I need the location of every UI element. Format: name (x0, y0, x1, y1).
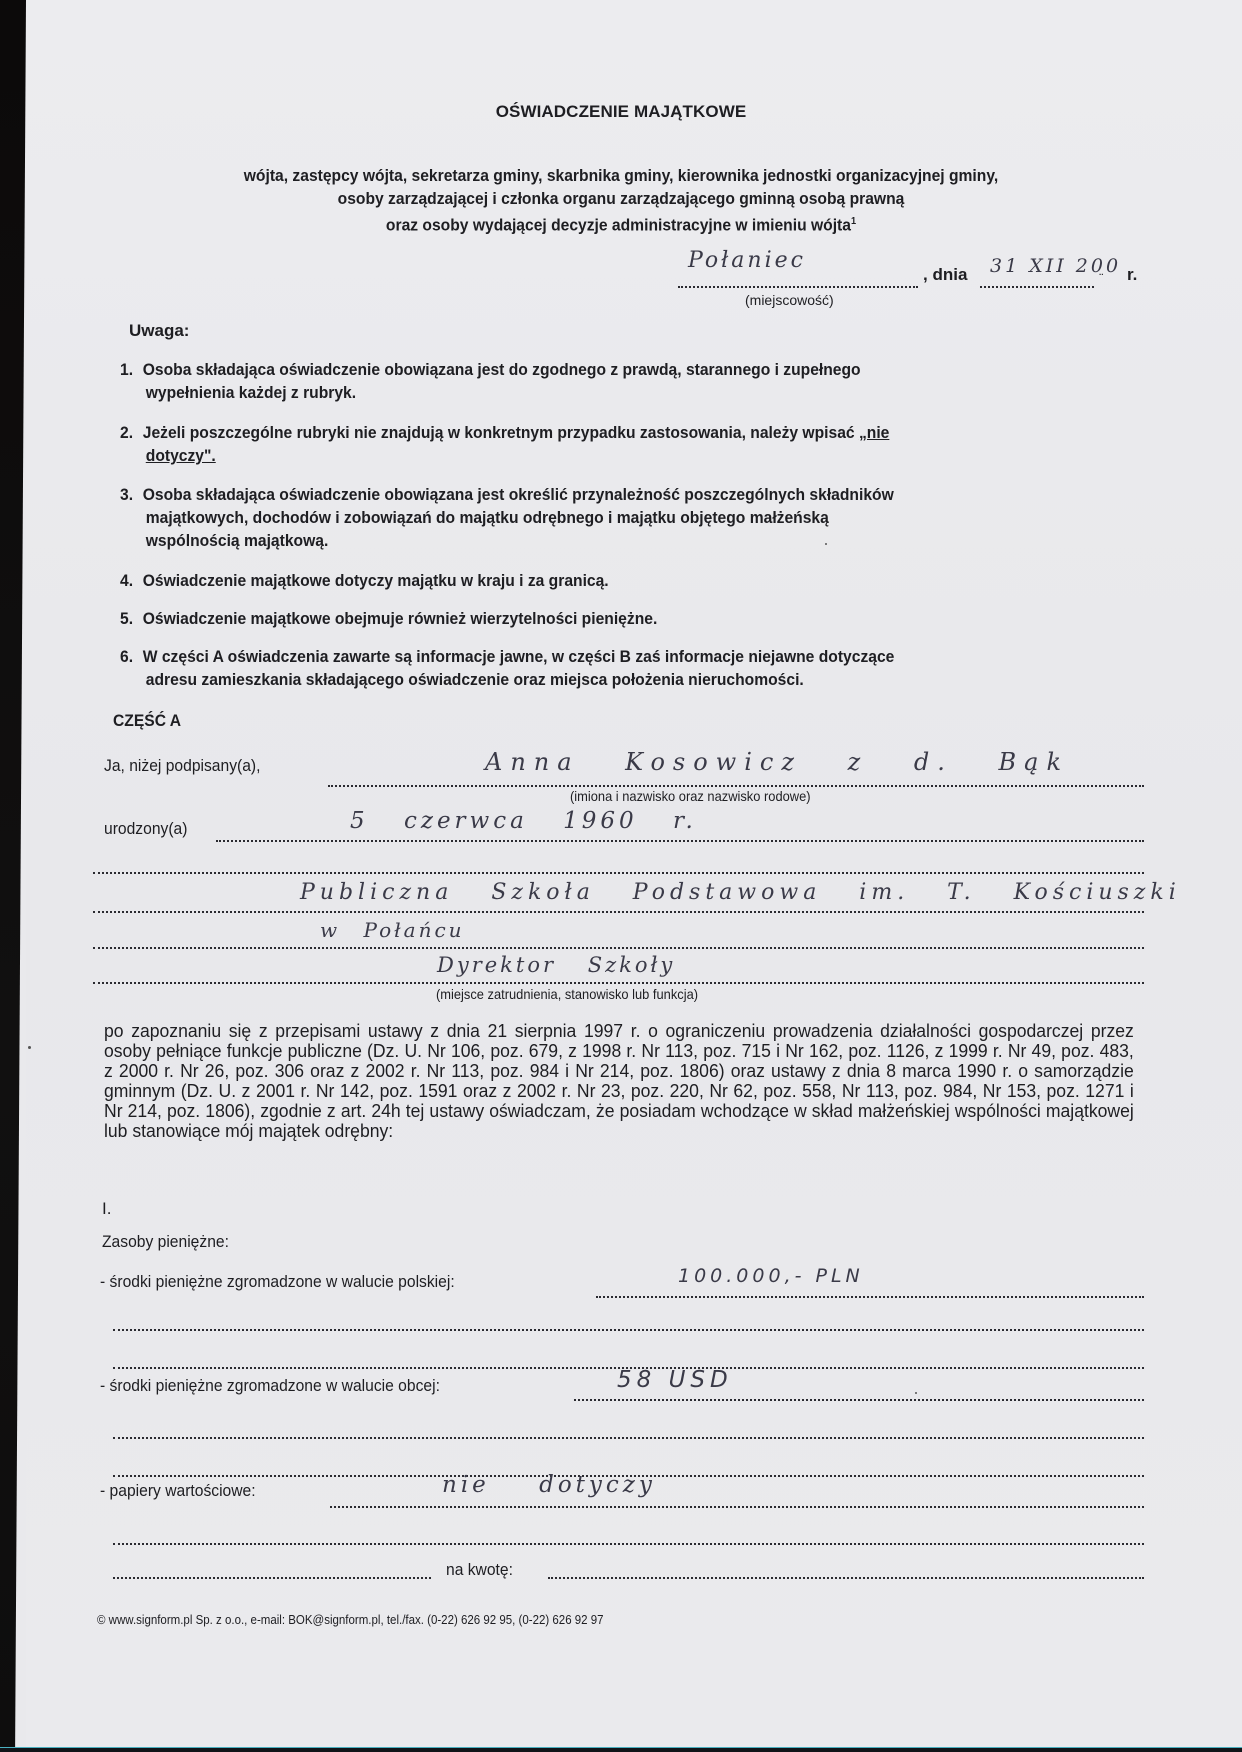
employment-value-1[interactable]: Publiczna Szkoła Podstawowa im. T. Kości… (300, 880, 1181, 905)
pln-value[interactable]: 100.000,- PLN (678, 1265, 864, 1287)
securities-label: - papiery wartościowe: (100, 1481, 256, 1501)
foreign-value[interactable]: 58 USD (617, 1367, 733, 1393)
employment-line-2 (93, 911, 1144, 913)
employment-line-3 (93, 947, 1144, 949)
amount-field-line (548, 1577, 1144, 1579)
employment-line-1 (93, 872, 1144, 874)
footnote-marker: 1 (851, 216, 856, 227)
foreign-label: - środki pieniężne zgromadzone w walucie… (100, 1376, 440, 1396)
scan-edge-left (0, 0, 26, 1752)
note-item-4: 4. Oświadczenie majątkowe dotyczy majątk… (120, 569, 609, 592)
foreign-extra-line-1 (113, 1437, 1144, 1439)
foreign-field-line (574, 1399, 1144, 1401)
note-item-1: 1. Osoba składająca oświadczenie obowiąz… (120, 358, 861, 404)
employment-value-3[interactable]: Dyrektor Szkoły (437, 953, 675, 977)
subtitle-line: wójta, zastępcy wójta, sekretarza gminy,… (50, 164, 1193, 187)
born-value[interactable]: 5 czerwca 1960 r. (350, 808, 697, 834)
place-field-line (678, 286, 918, 288)
employment-caption: (miejsce zatrudnienia, stanowisko lub fu… (436, 986, 698, 1002)
document-subtitle: wójta, zastępcy wójta, sekretarza gminy,… (50, 164, 1193, 237)
name-value[interactable]: Anna Kosowicz z d. Bąk (485, 748, 1069, 776)
section-heading: Zasoby pieniężne: (102, 1232, 229, 1252)
place-caption: (miejscowość) (745, 292, 834, 308)
note-item-6: 6. W części A oświadczenia zawarte są in… (120, 645, 894, 691)
pln-extra-line (113, 1329, 1144, 1331)
subtitle-line: osoby zarządzającej i członka organu zar… (50, 187, 1193, 210)
name-caption: (imiona i nazwisko oraz nazwisko rodowe) (570, 788, 811, 804)
scan-speck (825, 543, 827, 545)
date-dots-tail: .. (1099, 268, 1103, 277)
date-field-line (980, 286, 1094, 288)
scan-speck (28, 1046, 31, 1049)
scan-speck (915, 1392, 917, 1394)
year-suffix: r. (1127, 265, 1137, 285)
section-number: I. (102, 1199, 111, 1219)
note-item-2: 2. Jeżeli poszczególne rubryki nie znajd… (120, 421, 889, 467)
born-label: urodzony(a) (104, 819, 187, 839)
place-value[interactable]: Połaniec (688, 248, 806, 273)
employment-line-4 (93, 982, 1144, 984)
born-field-line (216, 840, 1144, 842)
name-field-line (328, 785, 1144, 787)
footer-copyright: © www.signform.pl Sp. z o.o., e-mail: BO… (97, 1613, 604, 1627)
pln-field-line (596, 1296, 1144, 1298)
securities-field-line (330, 1506, 1144, 1508)
securities-value[interactable]: nie dotyczy (442, 1472, 656, 1498)
note-item-3: 3. Osoba składająca oświadczenie obowiąz… (120, 483, 894, 552)
subtitle-line: oraz osoby wydającej decyzje administrac… (50, 210, 1193, 237)
date-label: , dnia (923, 265, 967, 285)
declaration-text: po zapoznaniu się z przepisami ustawy z … (104, 1021, 1134, 1141)
securities-description-line (113, 1577, 431, 1579)
nie-dotyczy-emphasis: „nie (859, 423, 889, 442)
scan-edge-bottom (0, 1747, 1242, 1752)
employment-value-2[interactable]: w Połańcu (320, 918, 465, 942)
name-label: Ja, niżej podpisany(a), (104, 756, 260, 776)
part-a-heading: CZĘŚĆ A (113, 711, 181, 731)
document-title: OŚWIADCZENIE MAJĄTKOWE (0, 102, 1242, 122)
notes-heading: Uwaga: (129, 321, 189, 341)
note-item-5: 5. Oświadczenie majątkowe obejmuje równi… (120, 607, 657, 630)
pln-label: - środki pieniężne zgromadzone w walucie… (100, 1272, 455, 1292)
amount-label: na kwotę: (446, 1560, 513, 1580)
securities-extra-line (113, 1543, 1144, 1545)
